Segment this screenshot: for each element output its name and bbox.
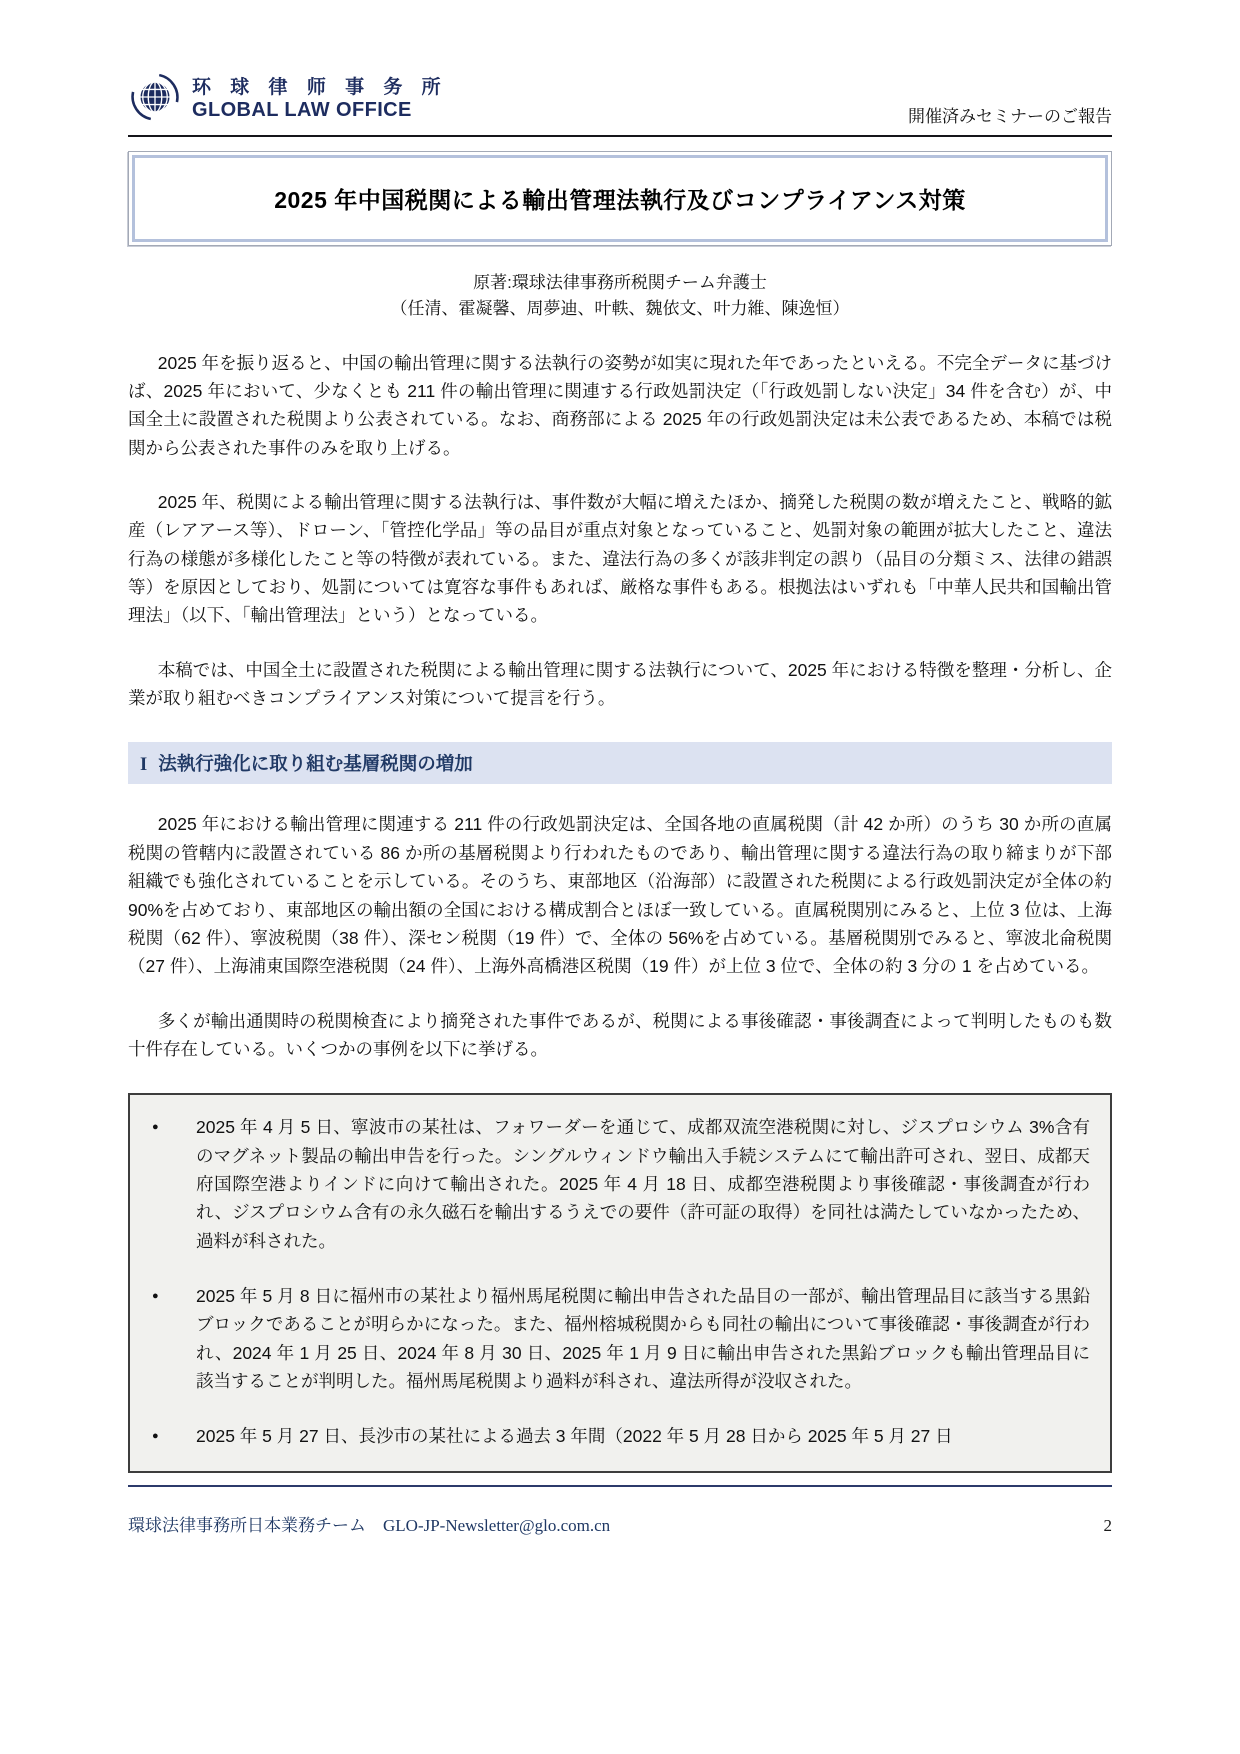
- page-footer: 環球法律事務所日本業務チーム GLO-JP-Newsletter@glo.com…: [128, 1485, 1112, 1536]
- document-title: 2025 年中国税関による輸出管理法執行及びコンプライアンス対策: [274, 187, 966, 213]
- case-text-2: 2025 年 5 月 8 日に福州市の某社より福州馬尾税関に輸出申告された品目の…: [196, 1282, 1090, 1395]
- title-box: 2025 年中国税関による輸出管理法執行及びコンプライアンス対策: [128, 151, 1112, 246]
- section-heading: I 法執行強化に取り組む基層税関の増加: [128, 742, 1112, 784]
- intro-paragraph-1: 2025 年を振り返ると、中国の輸出管理に関する法執行の姿勢が如実に現れた年であ…: [128, 349, 1112, 462]
- section-title: 法執行強化に取り組む基層税関の増加: [158, 750, 473, 776]
- byline-role: 原著:環球法律事務所税関チーム弁護士: [128, 270, 1112, 296]
- header-right-label: 開催済みセミナーのご報告: [908, 102, 1112, 129]
- byline: 原著:環球法律事務所税関チーム弁護士 （任清、霍凝馨、周夢迪、叶軼、魏依文、叶力…: [128, 270, 1112, 323]
- list-item: ● 2025 年 5 月 8 日に福州市の某社より福州馬尾税関に輸出申告された品…: [144, 1282, 1090, 1395]
- footer-email: GLO-JP-Newsletter@glo.com.cn: [383, 1516, 610, 1535]
- section-number: I: [140, 755, 147, 776]
- intro-paragraph-2: 2025 年、税関による輸出管理に関する法執行は、事件数が大幅に増えたほか、摘発…: [128, 488, 1112, 630]
- list-item: ● 2025 年 4 月 5 日、寧波市の某社は、フォワーダーを通じて、成都双流…: [144, 1113, 1090, 1255]
- bullet-icon: ●: [144, 1282, 196, 1395]
- section-paragraph-2: 多くが輸出通関時の税関検査により摘発された事件であるが、税関による事後確認・事後…: [128, 1007, 1112, 1064]
- case-text-1: 2025 年 4 月 5 日、寧波市の某社は、フォワーダーを通じて、成都双流空港…: [196, 1113, 1090, 1255]
- bullet-icon: ●: [144, 1422, 196, 1450]
- title-box-inner: 2025 年中国税関による輸出管理法執行及びコンプライアンス対策: [132, 155, 1108, 242]
- globe-icon: [128, 70, 182, 129]
- firm-name-english: GLOBAL LAW OFFICE: [192, 99, 448, 122]
- intro-paragraph-3: 本稿では、中国全土に設置された税関による輸出管理に関する法執行について、2025…: [128, 656, 1112, 713]
- case-text-3: 2025 年 5 月 27 日、長沙市の某社による過去 3 年間（2022 年 …: [196, 1422, 1090, 1450]
- case-examples-box: ● 2025 年 4 月 5 日、寧波市の某社は、フォワーダーを通じて、成都双流…: [128, 1093, 1112, 1472]
- footer-team: 環球法律事務所日本業務チーム: [128, 1516, 366, 1535]
- document-page: 环 球 律 师 事 务 所 GLOBAL LAW OFFICE 開催済みセミナー…: [0, 0, 1240, 1754]
- list-item: ● 2025 年 5 月 27 日、長沙市の某社による過去 3 年間（2022 …: [144, 1422, 1090, 1450]
- page-number: 2: [1104, 1516, 1113, 1536]
- page-header: 环 球 律 师 事 务 所 GLOBAL LAW OFFICE 開催済みセミナー…: [128, 70, 1112, 137]
- section-paragraph-1: 2025 年における輸出管理に関連する 211 件の行政処罰決定は、全国各地の直…: [128, 810, 1112, 980]
- byline-authors: （任清、霍凝馨、周夢迪、叶軼、魏依文、叶力維、陳逸恒）: [128, 296, 1112, 322]
- firm-logo: 环 球 律 师 事 务 所 GLOBAL LAW OFFICE: [128, 70, 448, 129]
- footer-contact: 環球法律事務所日本業務チーム GLO-JP-Newsletter@glo.com…: [128, 1511, 610, 1536]
- bullet-icon: ●: [144, 1113, 196, 1255]
- firm-name: 环 球 律 师 事 务 所 GLOBAL LAW OFFICE: [192, 77, 448, 122]
- firm-name-chinese: 环 球 律 师 事 务 所: [192, 77, 448, 99]
